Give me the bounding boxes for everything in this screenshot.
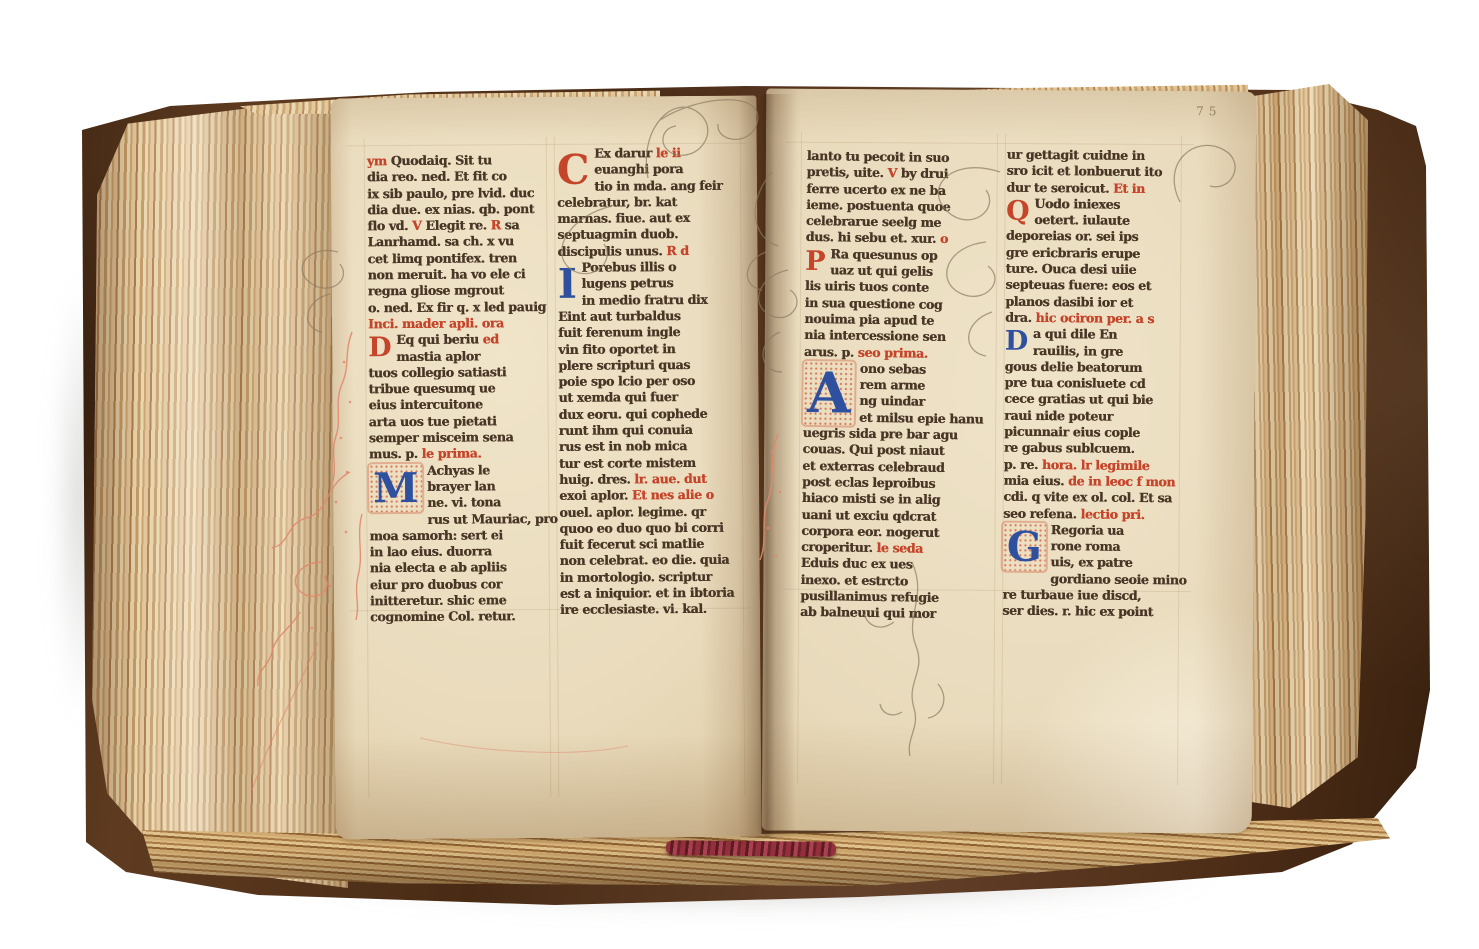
rubric-text: Inci. mader apli. ora	[368, 315, 504, 331]
ink-text: runt ihm qui conuia	[559, 422, 693, 438]
ink-text: deporeias or. sei ips	[1006, 228, 1138, 244]
ink-text: gous delie beatorum	[1005, 359, 1142, 375]
manuscript-text-line: GRegoria ua	[1003, 521, 1187, 539]
manuscript-text-line: septuagmin duob.	[557, 226, 747, 244]
ink-text: nia intercessione sen	[804, 327, 946, 344]
ink-text: dia reo. ned. Et fit co	[367, 169, 507, 185]
manuscript-text-line: IPorebus illis o	[558, 259, 748, 277]
rubric-text: R d	[666, 243, 689, 258]
ink-text: dra.	[1005, 310, 1036, 325]
manuscript-text-line: Inci. mader apli. ora	[368, 315, 549, 333]
manuscript-text-line: dia due. ex nias. qb. pont	[367, 201, 548, 219]
ink-text: euanghi pora	[594, 161, 683, 177]
ink-text: ng uindar	[859, 393, 925, 409]
manuscript-text-line: in medio fratru dix	[558, 291, 748, 309]
ink-text: dur te seroicut.	[1006, 179, 1113, 195]
manuscript-text-line: celebratur, br. kat	[557, 193, 747, 211]
ruling-line	[786, 142, 1194, 145]
ink-text: lugens petrus	[581, 275, 673, 291]
manuscript-text-line: dra. hic ociron per. a s	[1005, 310, 1189, 328]
photograph-open-manuscript: ym Quodaiq. Sit tudia reo. ned. Et fit c…	[0, 0, 1479, 949]
ink-text: rone roma	[1050, 538, 1120, 554]
manuscript-text-line: arus. p. seo prima.	[804, 343, 998, 362]
manuscript-text-line: plere scripturi quas	[558, 356, 748, 374]
ink-text: re turbaue iue discd,	[1002, 587, 1141, 603]
manuscript-text-line: exoi aplor. Et nes alie o	[559, 487, 749, 505]
manuscript-text-line: mia eius. de in leoc f mon	[1003, 473, 1187, 491]
right-page-column-1: lanto tu pecoit in suopretis, uite. V by…	[800, 148, 1001, 623]
rubric-text: R	[491, 217, 505, 232]
manuscript-text-line: Da qui dile En	[1005, 326, 1189, 344]
ink-text: cdi. q vite ex ol. col. Et sa	[1003, 489, 1172, 506]
ink-text: Eint aut turbaldus	[558, 308, 681, 324]
manuscript-text-line: picunnair eius cople	[1004, 424, 1188, 442]
manuscript-text-line: o. ned. Ex fir q. x led pauig	[368, 299, 549, 317]
illuminated-initial-c: C	[557, 147, 590, 193]
ink-text: tribue quesumq ue	[368, 381, 495, 397]
manuscript-text-line: fuit ferenum ingle	[558, 324, 748, 342]
ink-text: est a iniquior. et in ibtoria	[560, 585, 734, 601]
ink-text: rus ut Mauriac, pro	[427, 510, 557, 526]
ink-text: poie spo lcio per oso	[558, 373, 695, 389]
ink-text: picunnair eius cople	[1004, 424, 1140, 440]
ink-text: seo refena.	[1003, 505, 1080, 521]
ruling-line	[797, 133, 802, 783]
manuscript-text-line: ut xemda qui fuer	[558, 389, 748, 407]
ink-text: pretis, uite.	[807, 164, 888, 180]
ink-text: a qui dile En	[1033, 326, 1117, 342]
rubric-text: le ii	[656, 145, 681, 160]
manuscript-text-line: rus est in nob mica	[559, 438, 749, 456]
left-page-column-1: ym Quodaiq. Sit tudia reo. ned. Et fit c…	[367, 152, 551, 626]
manuscript-text-line: runt ihm qui conuia	[559, 422, 749, 440]
manuscript-text-line: ouel. aplor. legime. qr	[559, 503, 749, 521]
manuscript-text-line: flo vd. V Elegit re. R sa	[367, 217, 548, 235]
ink-text: re gabus sublcuem.	[1004, 440, 1135, 456]
manuscript-text-line: gordiano seoie mino	[1003, 570, 1187, 588]
illuminated-initial-m: M	[369, 464, 422, 512]
ink-text: initteretur. shic eme	[370, 592, 506, 608]
manuscript-text-line: QUodo iniexes	[1006, 196, 1190, 214]
rubric-text: ym	[367, 153, 391, 168]
ink-text: semper misceim sena	[369, 429, 514, 445]
manuscript-text-line: planos dasibi ior et	[1005, 293, 1189, 311]
manuscript-text-line: marnas. fiue. aut ex	[557, 210, 747, 228]
illuminated-initial-p: P	[805, 247, 825, 277]
rubric-text: o	[940, 231, 948, 246]
manuscript-text-line: est a iniquior. et in ibtoria	[560, 585, 750, 603]
ink-text: celebratur, br. kat	[557, 194, 677, 210]
ink-text: non meruit. ha vo ele ci	[368, 266, 526, 282]
manuscript-text-line: septeuas fuere: eos et	[1005, 277, 1189, 295]
rubric-text: le prima.	[422, 446, 482, 461]
ink-text: cet limq pontifex. tren	[367, 250, 516, 266]
rubric-text: lr. aue. dut	[634, 471, 706, 487]
manuscript-text-line: dur te seroicut. Et in	[1006, 179, 1190, 197]
manuscript-text-line: ab balneuui qui mor	[800, 604, 994, 623]
ink-text: planos dasibi ior et	[1005, 293, 1133, 309]
ink-text: tuos collegio satiasti	[368, 364, 506, 380]
ink-text: moa samorh: sert ei	[369, 527, 502, 543]
ink-text: oetert. iulaute	[1034, 212, 1129, 228]
manuscript-text-line: pre tua conisluete cd	[1004, 375, 1188, 393]
ink-text: in medio fratru dix	[582, 292, 708, 308]
ink-text: uis, ex patre	[1050, 555, 1132, 571]
manuscript-text-line: nia electa e ab apliis	[370, 559, 551, 577]
ink-text: rus est in nob mica	[559, 438, 687, 454]
ink-text: plere scripturi quas	[558, 357, 690, 373]
manuscript-text-line: discipulis unus. R d	[557, 242, 747, 260]
manuscript-text-line: eiur pro duobus cor	[370, 576, 551, 594]
ink-text: pre tua conisluete cd	[1004, 375, 1145, 391]
manuscript-text-line: moa samorh: sert ei	[369, 527, 550, 545]
ink-text: cognomine Col. retur.	[370, 609, 515, 625]
ink-text: uaz ut qui gelis	[830, 262, 933, 279]
ink-text: nia electa e ab apliis	[370, 560, 507, 576]
ink-text: ser dies. r. hic ex point	[1002, 603, 1153, 619]
ink-text: mia eius.	[1003, 473, 1068, 489]
manuscript-text-line: dux eoru. qui cophede	[559, 405, 749, 423]
ink-text: hiaco misti se in alig	[802, 490, 941, 507]
ink-text: ab balneuui qui mor	[800, 604, 936, 621]
manuscript-text-line: cet limq pontifex. tren	[367, 250, 548, 268]
sewn-endband	[666, 840, 836, 857]
ink-text: ix sib paulo, pre lvid. duc	[367, 185, 534, 201]
ink-text: lanto tu pecoit in suo	[807, 148, 949, 165]
folio-number: 75	[1196, 104, 1221, 118]
ink-text: Regoria ua	[1051, 522, 1124, 538]
manuscript-text-line: deporeias or. sei ips	[1006, 228, 1190, 246]
manuscript-text-line: lugens petrus	[558, 275, 748, 293]
ink-text: Achyas le	[427, 462, 490, 477]
ink-text: Lanrhamd. sa ch. x vu	[367, 234, 513, 250]
ink-text: exoi aplor.	[559, 488, 632, 504]
ink-text: eius intercuitone	[369, 397, 483, 413]
manuscript-text-line: ser dies. r. hic ex point	[1002, 603, 1186, 621]
ink-text: dux eoru. qui cophede	[559, 406, 708, 422]
ink-text: non celebrat. eo die. quia	[560, 552, 730, 568]
ink-text: celebrarue seelg me	[806, 213, 941, 230]
ink-text: cece gratias ut qui bie	[1004, 391, 1153, 407]
ink-text: ut xemda qui fuer	[558, 390, 677, 406]
manuscript-text-line: p. re. hora. lr legimile	[1004, 456, 1188, 474]
ink-text: arus. p.	[804, 343, 858, 359]
illuminated-initial-d: D	[1005, 327, 1028, 357]
ink-text: gre ericbraris erupe	[1006, 244, 1140, 260]
rubric-text: hora. lr legimile	[1042, 457, 1150, 473]
rubric-text: ed	[483, 332, 499, 347]
ink-text: corpora eor. nogerut	[801, 523, 939, 540]
ink-text: lis uiris tuos conte	[805, 278, 929, 295]
rubric-text: le seda	[876, 540, 923, 556]
ink-text: rem arme	[859, 377, 925, 393]
ink-text: Elegit re.	[425, 218, 490, 233]
manuscript-text-line: cece gratias ut qui bie	[1004, 391, 1188, 409]
ink-text: gordiano seoie mino	[1050, 571, 1186, 587]
ink-text: eiur pro duobus cor	[370, 576, 502, 592]
rubric-text: de in leoc f mon	[1068, 473, 1175, 489]
ink-text: in sua questione cog	[805, 295, 943, 312]
manuscript-text-line: ym Quodaiq. Sit tu	[367, 152, 548, 170]
illuminated-initial-a: A	[803, 361, 855, 426]
ink-text: inexo. et estrcto	[800, 572, 907, 589]
ink-text: ture. Ouca desi uiie	[1006, 261, 1137, 277]
rubric-text: Et nes alie o	[632, 487, 714, 503]
ink-text: brayer lan	[427, 478, 495, 493]
manuscript-text-line: oetert. iulaute	[1006, 212, 1190, 230]
manuscript-text-line: ix sib paulo, pre lvid. duc	[367, 185, 548, 203]
manuscript-text-line: initteretur. shic eme	[370, 592, 551, 610]
page-edges-right-stack	[1238, 84, 1368, 808]
manuscript-text-line: non meruit. ha vo ele ci	[368, 266, 549, 284]
ink-text: pusillanimus refugie	[800, 588, 939, 605]
ink-text: in mortologio. scriptur	[560, 569, 712, 585]
ink-text: uegris sida pre bar agu	[803, 425, 958, 442]
ink-text: in lao eius. duorra	[370, 544, 492, 560]
ink-text: Porebus illis o	[581, 259, 676, 275]
ink-text: ire ecclesiaste. vi. kal.	[560, 601, 707, 617]
manuscript-text-line: quoo eo duo quo bi corri	[559, 519, 749, 537]
page-edges-left-stack	[92, 100, 348, 888]
ink-text: by drui	[901, 166, 948, 182]
ink-text: ur gettagit cuidne in	[1007, 147, 1145, 163]
manuscript-text-line: eius intercuitone	[369, 396, 550, 414]
ink-text: dia due. ex nias. qb. pont	[367, 201, 534, 217]
ink-text: p. re.	[1004, 456, 1042, 471]
manuscript-text-line: dia reo. ned. Et fit co	[367, 168, 548, 186]
ink-text: Quodaiq. Sit tu	[391, 152, 492, 168]
ink-text: ono sebas	[860, 361, 926, 377]
manuscript-text-line: non celebrat. eo die. quia	[560, 552, 750, 570]
manuscript-text-line: vin fito oportet in	[558, 340, 748, 358]
ink-text: ouel. aplor. legime. qr	[559, 503, 705, 519]
rubric-text: hic ociron per. a s	[1035, 310, 1154, 326]
illuminated-initial-g: G	[1003, 522, 1046, 570]
ink-text: fuit fecerut sci matlie	[559, 536, 703, 552]
manuscript-text-line: raui nide poteur	[1004, 407, 1188, 425]
ink-text: couas. Qui post niaut	[802, 441, 944, 458]
right-page-column-2: ur gettagit cuidne insro icit et lonbuer…	[1002, 147, 1191, 621]
ink-text: quoo eo duo quo bi corri	[559, 520, 723, 536]
manuscript-text-line: tur est corte mistem	[559, 454, 749, 472]
manuscript-text-line: gous delie beatorum	[1005, 359, 1189, 377]
manuscript-text-line: tuos collegio satiasti	[368, 364, 549, 382]
ink-text: et milsu epie hanu	[859, 409, 983, 426]
manuscript-text-line: gre ericbraris erupe	[1006, 244, 1190, 262]
ink-text: septeuas fuere: eos et	[1005, 277, 1151, 293]
manuscript-text-line: ur gettagit cuidne in	[1007, 147, 1191, 165]
manuscript-text-line: DEq qui beriu ed	[368, 331, 549, 349]
rubric-text: Et in	[1113, 180, 1145, 195]
ink-text: arta uos tue pietati	[369, 413, 497, 429]
ink-text: Uodo iniexes	[1034, 196, 1120, 212]
ink-text: regna gliose mgrout	[368, 283, 504, 299]
manuscript-text-line: Lanrhamd. sa ch. x vu	[367, 233, 548, 251]
ink-text: croperitur.	[801, 539, 877, 555]
rubric-text: seo prima.	[858, 344, 928, 360]
ink-text: ne. vi. tona	[427, 495, 501, 511]
ink-text: mus. p.	[369, 446, 422, 461]
manuscript-text-line: ture. Ouca desi uiie	[1005, 261, 1189, 279]
ink-text: tur est corte mistem	[559, 455, 696, 471]
ink-text: raui nide poteur	[1004, 407, 1113, 423]
manuscript-text-line: sro icit et lonbuerut ito	[1006, 163, 1190, 181]
rubric-text: V	[887, 165, 901, 180]
ink-text: o. ned. Ex fir q. x led pauig	[368, 299, 546, 315]
ink-text: huig. dres.	[559, 471, 634, 487]
ink-text: post eclas leproibus	[802, 474, 935, 491]
ink-text: Ex darur	[594, 145, 656, 160]
manuscript-text-line: rus ut Mauriac, pro	[369, 511, 550, 529]
manuscript-text-line: mus. p. le prima.	[369, 445, 550, 463]
manuscript-text-line: re turbaue iue discd,	[1002, 587, 1186, 605]
rubric-text: lectio pri.	[1080, 506, 1144, 522]
manuscript-text-line: MAchyas le	[369, 462, 550, 480]
illuminated-initial-q: Q	[1006, 197, 1029, 227]
ink-text: marnas. fiue. aut ex	[557, 210, 690, 226]
manuscript-text-line: CEx darur le ii	[557, 145, 747, 163]
ink-text: flo vd.	[367, 218, 412, 233]
manuscript-text-line: cdi. q vite ex ol. col. Et sa	[1003, 489, 1187, 507]
ink-text: Eq qui beriu	[396, 332, 483, 348]
ink-text: vin fito oportet in	[558, 341, 675, 357]
manuscript-text-line: tribue quesumq ue	[368, 380, 549, 398]
illuminated-initial-i: I	[558, 261, 577, 307]
ink-text: uani ut exciu qdcrat	[801, 506, 936, 523]
ink-text: tio in mda. ang feir	[594, 177, 722, 193]
ink-text: et exterras celebraud	[802, 458, 944, 475]
ink-text: ferre ucerto ex ne ba	[806, 181, 945, 198]
manuscript-text-line: cognomine Col. retur.	[370, 608, 551, 626]
ink-text: septuagmin duob.	[557, 227, 678, 243]
manuscript-text-line: in lao eius. duorra	[370, 543, 551, 561]
manuscript-text-line: fuit fecerut sci matlie	[559, 536, 749, 554]
manuscript-text-line: ire ecclesiaste. vi. kal.	[560, 601, 750, 619]
ink-text: ieme. postuenta quoe	[806, 197, 950, 214]
manuscript-text-line: mastia aplor	[368, 348, 549, 366]
ink-text: Ra quesunus op	[830, 246, 937, 263]
manuscript-text-line: regna gliose mgrout	[368, 282, 549, 300]
manuscript-text-line: rauilis, in gre	[1005, 342, 1189, 360]
ink-text: fuit ferenum ingle	[558, 324, 680, 340]
ink-text: discipulis unus.	[557, 243, 666, 259]
manuscript-text-line: semper misceim sena	[369, 429, 550, 447]
manuscript-text-line: in mortologio. scriptur	[560, 568, 750, 586]
ink-text: nouima pia apud te	[804, 311, 934, 328]
ink-text: Eduis duc ex ues	[801, 555, 913, 572]
manuscript-page-right: lanto tu pecoit in suopretis, uite. V by…	[762, 89, 1257, 834]
ink-text: rauilis, in gre	[1033, 342, 1123, 358]
manuscript-text-line: arta uos tue pietati	[369, 413, 550, 431]
manuscript-text-line: Eint aut turbaldus	[558, 308, 748, 326]
manuscript-text-line: huig. dres. lr. aue. dut	[559, 471, 749, 489]
rubric-text: V	[412, 218, 425, 233]
manuscript-text-line: Aono sebas	[804, 360, 998, 379]
manuscript-text-line: re gabus sublcuem.	[1004, 440, 1188, 458]
manuscript-text-line: poie spo lcio per oso	[558, 373, 748, 391]
ink-text: sro icit et lonbuerut ito	[1006, 163, 1162, 179]
ink-text: dus. hi sebu et. xur.	[806, 229, 941, 246]
left-page-column-2: CEx darur le iieuanghi poratio in mda. a…	[557, 145, 750, 619]
manuscript-text-line: seo refena. lectio pri.	[1003, 505, 1187, 523]
ink-text: mastia aplor	[396, 348, 480, 364]
illuminated-initial-d: D	[368, 333, 391, 363]
ink-text: sa	[505, 217, 520, 232]
manuscript-page-left: ym Quodaiq. Sit tudia reo. ned. Et fit c…	[330, 96, 761, 840]
